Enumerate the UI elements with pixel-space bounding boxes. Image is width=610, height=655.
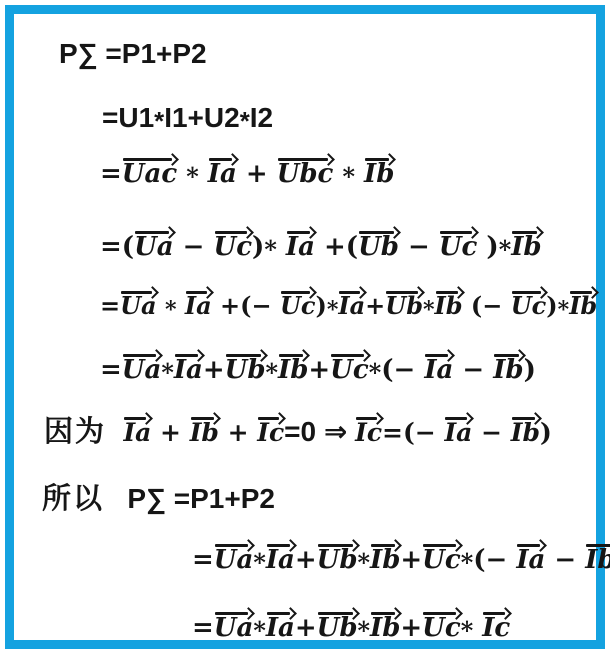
equation-line-1: P∑ =P1+P2 — [59, 38, 207, 70]
vector-Ib: Ib — [511, 226, 541, 262]
star-operator: * — [558, 297, 570, 323]
vector-arrow-icon — [123, 153, 176, 163]
star-operator: * — [161, 359, 174, 387]
vector-arrow-icon — [586, 539, 610, 549]
math-text: + — [219, 418, 257, 447]
equation-line-6: =Ua*Ia+Ub*Ib+Uc*(− Ia − Ib) — [100, 349, 536, 385]
vector-arrow-icon — [121, 286, 155, 296]
vector-Uc: Uc — [439, 226, 478, 262]
vector-arrow-icon — [423, 539, 460, 549]
vector-arrow-icon — [175, 349, 202, 359]
vector-Uc: Uc — [214, 226, 253, 262]
math-text: )* — [252, 232, 286, 262]
star-operator: * — [253, 549, 266, 577]
vector-arrow-icon — [331, 349, 368, 359]
math-text: = — [192, 545, 214, 575]
vector-arrow-icon — [215, 226, 252, 236]
vector-symbol: Uac — [122, 159, 177, 189]
vector-Ia: Ia — [174, 349, 203, 385]
math-text: + — [295, 613, 317, 643]
math-text: +( — [315, 232, 358, 262]
vector-Ib: Ib — [190, 412, 219, 447]
star-operator: * — [358, 617, 371, 645]
vector-arrow-icon — [191, 412, 218, 422]
vector-Ub: Ub — [225, 349, 266, 385]
math-text: = — [100, 291, 120, 320]
math-text: − — [545, 545, 585, 575]
vector-symbol: Ubc — [277, 159, 334, 189]
vector-Ib: Ib — [585, 539, 610, 575]
math-text: + — [203, 355, 225, 385]
star-operator: * — [154, 108, 164, 136]
vector-arrow-icon — [517, 539, 544, 549]
vector-arrow-icon — [365, 153, 393, 163]
star-operator: * — [369, 359, 382, 387]
vector-Uc: Uc — [511, 286, 547, 320]
equation-line-3: =Uac * Ia + Ubc * Ib — [100, 153, 394, 189]
star-operator: * — [186, 163, 199, 191]
vector-Uc: Uc — [422, 539, 461, 575]
math-text: )* — [546, 291, 569, 320]
vector-Ib: Ib — [435, 286, 463, 320]
math-text: * — [266, 355, 279, 385]
star-operator: * — [266, 359, 279, 387]
math-text: * — [157, 291, 185, 320]
because-line: 因为 Ia + Ib + Ic=0 ⇒ Ic=(− Ia − Ib) — [44, 412, 552, 448]
math-text: + — [400, 613, 422, 643]
math-text: * — [253, 545, 266, 575]
plain-text: P∑ =P1+P2 — [59, 38, 207, 69]
page: { "panel": { "border_color": "#14a2e0", … — [0, 0, 610, 655]
vector-Ubc: Ubc — [277, 153, 334, 189]
vector-arrow-icon — [425, 349, 452, 359]
vector-arrow-icon — [267, 607, 294, 617]
vector-Ua: Ua — [122, 349, 162, 385]
vector-Ic: Ic — [355, 412, 382, 447]
math-text: + — [237, 159, 277, 189]
vector-Ia: Ia — [424, 349, 453, 385]
vector-Ib: Ib — [493, 349, 523, 385]
vector-arrow-icon — [356, 412, 381, 422]
vector-symbol: Ib — [585, 545, 610, 575]
vector-Ic: Ic — [257, 412, 284, 447]
math-text: = — [100, 159, 122, 189]
star-operator: * — [358, 549, 371, 577]
vector-arrow-icon — [279, 349, 307, 359]
vector-Ua: Ua — [134, 226, 174, 262]
vector-Ub: Ub — [385, 286, 423, 320]
math-text: +(− — [212, 291, 280, 320]
star-operator: * — [165, 297, 177, 323]
math-text: = — [192, 613, 214, 643]
vector-arrow-icon — [135, 226, 173, 236]
vector-Ic: Ic — [482, 607, 510, 643]
vector-arrow-icon — [339, 286, 364, 296]
math-text: ) — [540, 418, 552, 447]
vector-Ub: Ub — [317, 607, 358, 643]
vector-Ib: Ib — [569, 286, 597, 320]
math-text: + — [295, 545, 317, 575]
math-text: * — [423, 291, 435, 320]
vector-Uc: Uc — [330, 349, 369, 385]
equation-line-10: =Ua*Ia+Ub*Ib+Uc* Ic — [192, 607, 510, 643]
vector-arrow-icon — [440, 226, 477, 236]
star-operator: * — [423, 297, 435, 323]
math-text: + — [308, 355, 330, 385]
vector-arrow-icon — [483, 607, 509, 617]
vector-Ia: Ia — [123, 412, 151, 447]
vector-Ia: Ia — [444, 412, 472, 447]
plain-text: =0 ⇒ — [284, 416, 355, 447]
equation-line-5: =Ua * Ia +(− Uc)*Ia+Ub*Ib (− Uc)*Ib — [100, 286, 597, 320]
equation-line-4: =(Ua − Uc)* Ia +(Ub − Uc )*Ib — [100, 226, 542, 262]
math-text: * — [358, 545, 371, 575]
math-text: *(− — [369, 355, 425, 385]
vector-Ib: Ib — [364, 153, 394, 189]
vector-arrow-icon — [258, 412, 283, 422]
star-operator: * — [253, 617, 266, 645]
math-text: + — [151, 418, 189, 447]
vector-Ia: Ia — [266, 607, 295, 643]
math-text: = — [100, 355, 122, 385]
vector-arrow-icon — [371, 539, 399, 549]
vector-Ia: Ia — [266, 539, 295, 575]
math-text: * — [333, 159, 364, 189]
vector-arrow-icon — [209, 153, 236, 163]
vector-arrow-icon — [318, 539, 357, 549]
vector-arrow-icon — [215, 607, 253, 617]
math-text: (− — [463, 291, 511, 320]
vector-arrow-icon — [445, 412, 471, 422]
star-operator: * — [342, 163, 355, 191]
math-text: * — [358, 613, 371, 643]
vector-arrow-icon — [318, 607, 357, 617]
math-text: )* — [477, 232, 511, 262]
math-text: *(− — [461, 545, 517, 575]
vector-arrow-icon — [386, 286, 422, 296]
vector-Ia: Ia — [338, 286, 365, 320]
math-text: * — [253, 613, 266, 643]
plain-text: =U1*I1+U2*I2 — [102, 102, 273, 133]
star-operator: * — [327, 297, 339, 323]
math-text: − — [472, 418, 510, 447]
vector-arrow-icon — [278, 153, 333, 163]
vector-Uac: Uac — [122, 153, 177, 189]
equation-line-9: =Ua*Ia+Ub*Ib+Uc*(− Ia − Ib) — [192, 539, 610, 575]
vector-Uc: Uc — [422, 607, 461, 643]
math-text: * — [177, 159, 208, 189]
cjk-label: 因为 — [44, 416, 106, 448]
vector-arrow-icon — [436, 286, 462, 296]
math-text — [106, 418, 123, 447]
vector-Ua: Ua — [214, 607, 254, 643]
vector-arrow-icon — [226, 349, 265, 359]
vector-arrow-icon — [124, 412, 150, 422]
math-text: + — [400, 545, 422, 575]
vector-Ia: Ia — [286, 226, 315, 262]
math-text: − — [174, 232, 214, 262]
math-text: )* — [315, 291, 338, 320]
math-text: * — [461, 613, 483, 643]
vector-Ub: Ub — [317, 539, 358, 575]
cjk-label: 所以 — [42, 483, 104, 515]
vector-arrow-icon — [215, 539, 253, 549]
vector-Ia: Ia — [516, 539, 545, 575]
math-text: + — [365, 291, 385, 320]
vector-arrow-icon — [570, 286, 596, 296]
vector-arrow-icon — [371, 607, 399, 617]
equation-card: P∑ =P1+P2=U1*I1+U2*I2=Uac * Ia + Ubc * I… — [5, 5, 605, 649]
vector-arrow-icon — [423, 607, 460, 617]
vector-Ib: Ib — [370, 607, 400, 643]
vector-arrow-icon — [123, 349, 161, 359]
vector-arrow-icon — [512, 226, 540, 236]
therefore-line: 所以 P∑ =P1+P2 — [42, 483, 275, 515]
star-operator: * — [499, 236, 512, 264]
math-text: =( — [100, 232, 134, 262]
vector-arrow-icon — [512, 286, 546, 296]
equation-line-2: =U1*I1+U2*I2 — [102, 102, 273, 134]
vector-arrow-icon — [512, 412, 539, 422]
math-text: =(− — [382, 418, 444, 447]
vector-Ia: Ia — [208, 153, 237, 189]
star-operator: * — [461, 549, 474, 577]
vector-Ua: Ua — [120, 286, 156, 320]
star-operator: * — [240, 108, 250, 136]
vector-arrow-icon — [494, 349, 522, 359]
vector-Uc: Uc — [280, 286, 316, 320]
vector-arrow-icon — [359, 226, 398, 236]
vector-Ia: Ia — [185, 286, 212, 320]
vector-arrow-icon — [186, 286, 211, 296]
math-text: − — [453, 355, 493, 385]
math-text: ) — [524, 355, 536, 385]
vector-arrow-icon — [281, 286, 315, 296]
vector-Ub: Ub — [358, 226, 399, 262]
vector-Ib: Ib — [370, 539, 400, 575]
vector-Ib: Ib — [511, 412, 540, 447]
math-text: − — [399, 232, 439, 262]
vector-arrow-icon — [287, 226, 314, 236]
math-text: * — [161, 355, 174, 385]
vector-arrow-icon — [267, 539, 294, 549]
vector-Ua: Ua — [214, 539, 254, 575]
vector-Ib: Ib — [278, 349, 308, 385]
star-operator: * — [461, 617, 474, 645]
plain-text: P∑ =P1+P2 — [104, 483, 275, 514]
star-operator: * — [264, 236, 277, 264]
